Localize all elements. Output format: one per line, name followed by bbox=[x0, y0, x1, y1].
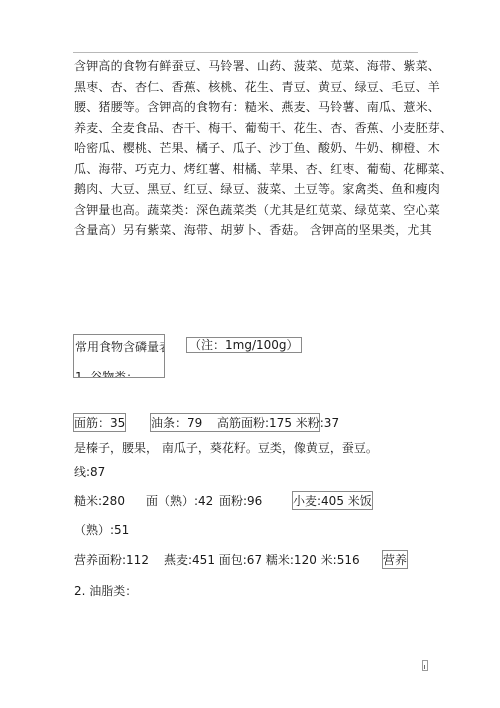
phosphorus-table-heading-box: 常用食物含磷量表 1. 谷物类： bbox=[73, 334, 165, 378]
paragraph-line: 含量高）另有紫菜、海带、胡萝卜、香菇。 含钾高的坚果类，尤其 bbox=[74, 220, 424, 241]
section-1-label: 1. 谷物类： bbox=[75, 368, 138, 378]
item-oats-bread-rice: 燕麦:451 面包:67 糯米:120 米:516 bbox=[164, 551, 360, 568]
paragraph-line: 瓜、海带、巧克力、烤红薯、柑橘、苹果、杏、红枣、葡萄、花椰菜、 bbox=[74, 159, 424, 180]
section-2-label: 2. 油脂类： bbox=[74, 582, 137, 599]
item-fried-dough-stick: 油条：79 bbox=[151, 416, 202, 430]
paragraph-line: 鹅肉、大豆、黑豆、红豆、绿豆、菠菜、土豆等。家禽类、鱼和瘦肉 bbox=[74, 179, 424, 200]
item-brown-rice: 糙米:280 bbox=[74, 492, 125, 509]
header-rule bbox=[73, 52, 418, 53]
item-nutrition-flour: 营养面粉:112 bbox=[74, 551, 149, 568]
item-gluten: 面筋：35 bbox=[73, 413, 126, 432]
phosphorus-table-title: 常用食物含磷量表 bbox=[75, 338, 165, 355]
item-cooked-noodles: 面（熟）:42 bbox=[146, 492, 213, 509]
paragraph-line: 养麦、全麦食品、杏干、梅干、葡萄干、花生、杏、香蕉、小麦胚芽、 bbox=[74, 118, 424, 139]
item-wheat-rice: 小麦:405 米饭 bbox=[292, 491, 373, 510]
paragraph-line: 含钾高的食物有鲜蚕豆、马铃署、山药、菠菜、苋菜、海带、紫菜、 bbox=[74, 56, 424, 77]
nuts-line: 是榛子，腰果， 南瓜子，葵花籽。豆类，像黄豆，蚕豆。 bbox=[74, 439, 378, 456]
paragraph-line: 哈密瓜、樱桃、芒果、橘子、瓜子、沙丁鱼、酸奶、牛奶、柳橙、木 bbox=[74, 138, 424, 159]
item-cooked-rice-continued: （熟）:51 bbox=[74, 521, 129, 538]
paragraph-line: 黑枣、杏、杏仁、香蕉、核桃、花生、青豆、黄豆、绿豆、毛豆、羊 bbox=[74, 77, 424, 98]
item-nutrition-partial: 营养 bbox=[382, 550, 408, 569]
potassium-paragraph: 含钾高的食物有鲜蚕豆、马铃署、山药、菠菜、苋菜、海带、紫菜、 黑枣、杏、杏仁、香… bbox=[74, 56, 424, 241]
paragraph-line: 腰、猪腰等。含钾高的食物有：糙米、燕麦、马铃薯、南瓜、薏米、 bbox=[74, 97, 424, 118]
unit-note: （注：1mg/100g） bbox=[186, 337, 302, 353]
item-fried-dough-stick-box: 油条：79 高筋面粉:175 米粉:37 bbox=[150, 413, 320, 432]
item-flour: 面粉:96 bbox=[219, 492, 262, 509]
item-bread-flour-rice-noodle: 高筋面粉:175 米粉:37 bbox=[217, 414, 339, 431]
page-marker-icon bbox=[422, 660, 428, 671]
continued-line: 线:87 bbox=[74, 463, 105, 480]
paragraph-line: 含钾量也高。蔬菜类：深色蔬菜类（尤其是红苋菜、绿苋菜、空心菜 bbox=[74, 200, 424, 221]
